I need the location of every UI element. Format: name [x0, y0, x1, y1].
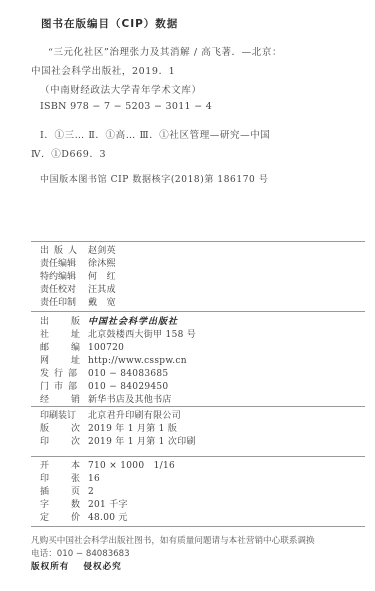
- publisher-row: 邮编100720: [40, 342, 196, 355]
- specs-row: 插页2: [40, 486, 175, 499]
- staff-label: 责任印制: [40, 297, 88, 310]
- copyright-page: 图书在版编目（CIP）数据 “三元化社区”治理张力及其消解 / 高飞著．—北京：…: [0, 0, 375, 591]
- specs-row: 印张16: [40, 473, 175, 486]
- specs-row: 字数201 千字: [40, 499, 175, 512]
- publisher-row: 社址北京鼓楼西大街甲 158 号: [40, 329, 196, 342]
- specs-value: 48.00 元: [88, 512, 128, 525]
- rights-reserved: 版权所有: [31, 562, 69, 572]
- footer: 凡购买中国社会科学出版社图书，如有质量问题请与本社营销中心联系调换 电话：010…: [31, 535, 315, 574]
- cip-line-isbn: ISBN 978 − 7 − 5203 − 3011 − 4: [40, 101, 212, 112]
- staff-value: 徐沐熙: [88, 258, 116, 271]
- specs-label: 开本: [40, 460, 88, 473]
- specs-label: 插页: [40, 486, 88, 499]
- specs-label: 字数: [40, 499, 88, 512]
- printing-value: 2019 年 1 月第 1 版: [88, 423, 177, 436]
- divider: [31, 241, 365, 242]
- staff-row: 责任印制戴 宽: [40, 297, 116, 310]
- cip-line-publisher: 中国社会科学出版社，2019．1: [31, 63, 175, 77]
- publisher-row: 发行部010 − 84083685: [40, 368, 196, 381]
- specs-value: 16: [88, 473, 100, 486]
- specs-label: 印张: [40, 473, 88, 486]
- staff-list: 出版人赵剑英 责任编辑徐沐熙 特约编辑何 红 责任校对汪其成 责任印制戴 宽: [40, 245, 116, 310]
- publisher-label: 邮编: [40, 342, 88, 355]
- publisher-label: 社址: [40, 329, 88, 342]
- cip-title: 图书在版编目（CIP）数据: [41, 16, 178, 31]
- publisher-row: 门市部010 − 84029450: [40, 381, 196, 394]
- specs-row: 开本710 × 1000 1/16: [40, 460, 175, 473]
- publisher-logo: 中国社会科学出版社: [88, 316, 178, 329]
- publisher-label: 门市部: [40, 381, 88, 394]
- website-link[interactable]: http://www.csspw.cn: [88, 355, 187, 368]
- staff-label: 出版人: [40, 245, 88, 258]
- publisher-label: 出版: [40, 316, 88, 329]
- publisher-value: 010 − 84029450: [88, 381, 168, 394]
- specs-value: 710 × 1000 1/16: [88, 460, 175, 473]
- divider: [31, 456, 365, 457]
- specs-label: 定价: [40, 512, 88, 525]
- staff-label: 特约编辑: [40, 271, 88, 284]
- divider: [31, 311, 365, 312]
- printing-value: 北京君升印刷有限公司: [88, 410, 181, 423]
- staff-row: 责任编辑徐沐熙: [40, 258, 116, 271]
- cip-line-series: （中南财经政法大学青年学术文库）: [40, 82, 202, 96]
- printing-row: 印刷装订北京君升印刷有限公司: [40, 410, 196, 423]
- quality-notice: 凡购买中国社会科学出版社图书，如有质量问题请与本社营销中心联系调换: [31, 535, 315, 548]
- publisher-value: 北京鼓楼西大街甲 158 号: [88, 329, 196, 342]
- divider: [31, 526, 365, 527]
- staff-label: 责任校对: [40, 284, 88, 297]
- printing-value: 2019 年 1 月第 1 次印刷: [88, 436, 196, 449]
- staff-value: 何 红: [88, 271, 116, 284]
- specs-value: 2: [88, 486, 94, 499]
- contact-phone: 电话：010 − 84083683: [31, 548, 315, 561]
- staff-label: 责任编辑: [40, 258, 88, 271]
- specs-row: 定价48.00 元: [40, 512, 175, 525]
- printing-label: 印刷装订: [40, 410, 88, 423]
- cip-line-subjects: Ⅰ．①三… Ⅱ．①高… Ⅲ．①社区管理—研究—中国: [40, 127, 270, 141]
- publisher-value: 100720: [88, 342, 124, 355]
- rights-notice: 版权所有侵权必究: [31, 561, 315, 574]
- infringement-warning: 侵权必究: [83, 562, 121, 572]
- staff-value: 汪其成: [88, 284, 116, 297]
- publisher-label: 发行部: [40, 368, 88, 381]
- publisher-row: 出版中国社会科学出版社: [40, 316, 196, 329]
- cip-line-title: “三元化社区”治理张力及其消解 / 高飞著．—北京：: [48, 44, 282, 58]
- printing-label: 版次: [40, 423, 88, 436]
- staff-row: 责任校对汪其成: [40, 284, 116, 297]
- staff-row: 特约编辑何 红: [40, 271, 116, 284]
- publisher-value: 010 − 84083685: [88, 368, 168, 381]
- cip-line-classification: Ⅳ．①D669．3: [31, 146, 106, 160]
- printing-label: 印次: [40, 436, 88, 449]
- printing-row: 印次2019 年 1 月第 1 次印刷: [40, 436, 196, 449]
- staff-row: 出版人赵剑英: [40, 245, 116, 258]
- divider: [31, 406, 365, 407]
- publisher-label: 网址: [40, 355, 88, 368]
- specs-value: 201 千字: [88, 499, 128, 512]
- staff-value: 戴 宽: [88, 297, 116, 310]
- staff-value: 赵剑英: [88, 245, 116, 258]
- publisher-row: 网址http://www.csspw.cn: [40, 355, 196, 368]
- cip-line-verification: 中国版本图书馆 CIP 数据核字(2018)第 186170 号: [40, 172, 268, 185]
- printing-info: 印刷装订北京君升印刷有限公司 版次2019 年 1 月第 1 版 印次2019 …: [40, 410, 196, 449]
- publisher-info: 出版中国社会科学出版社 社址北京鼓楼西大街甲 158 号 邮编100720 网址…: [40, 316, 196, 407]
- printing-row: 版次2019 年 1 月第 1 版: [40, 423, 196, 436]
- specs-info: 开本710 × 1000 1/16 印张16 插页2 字数201 千字 定价48…: [40, 460, 175, 525]
